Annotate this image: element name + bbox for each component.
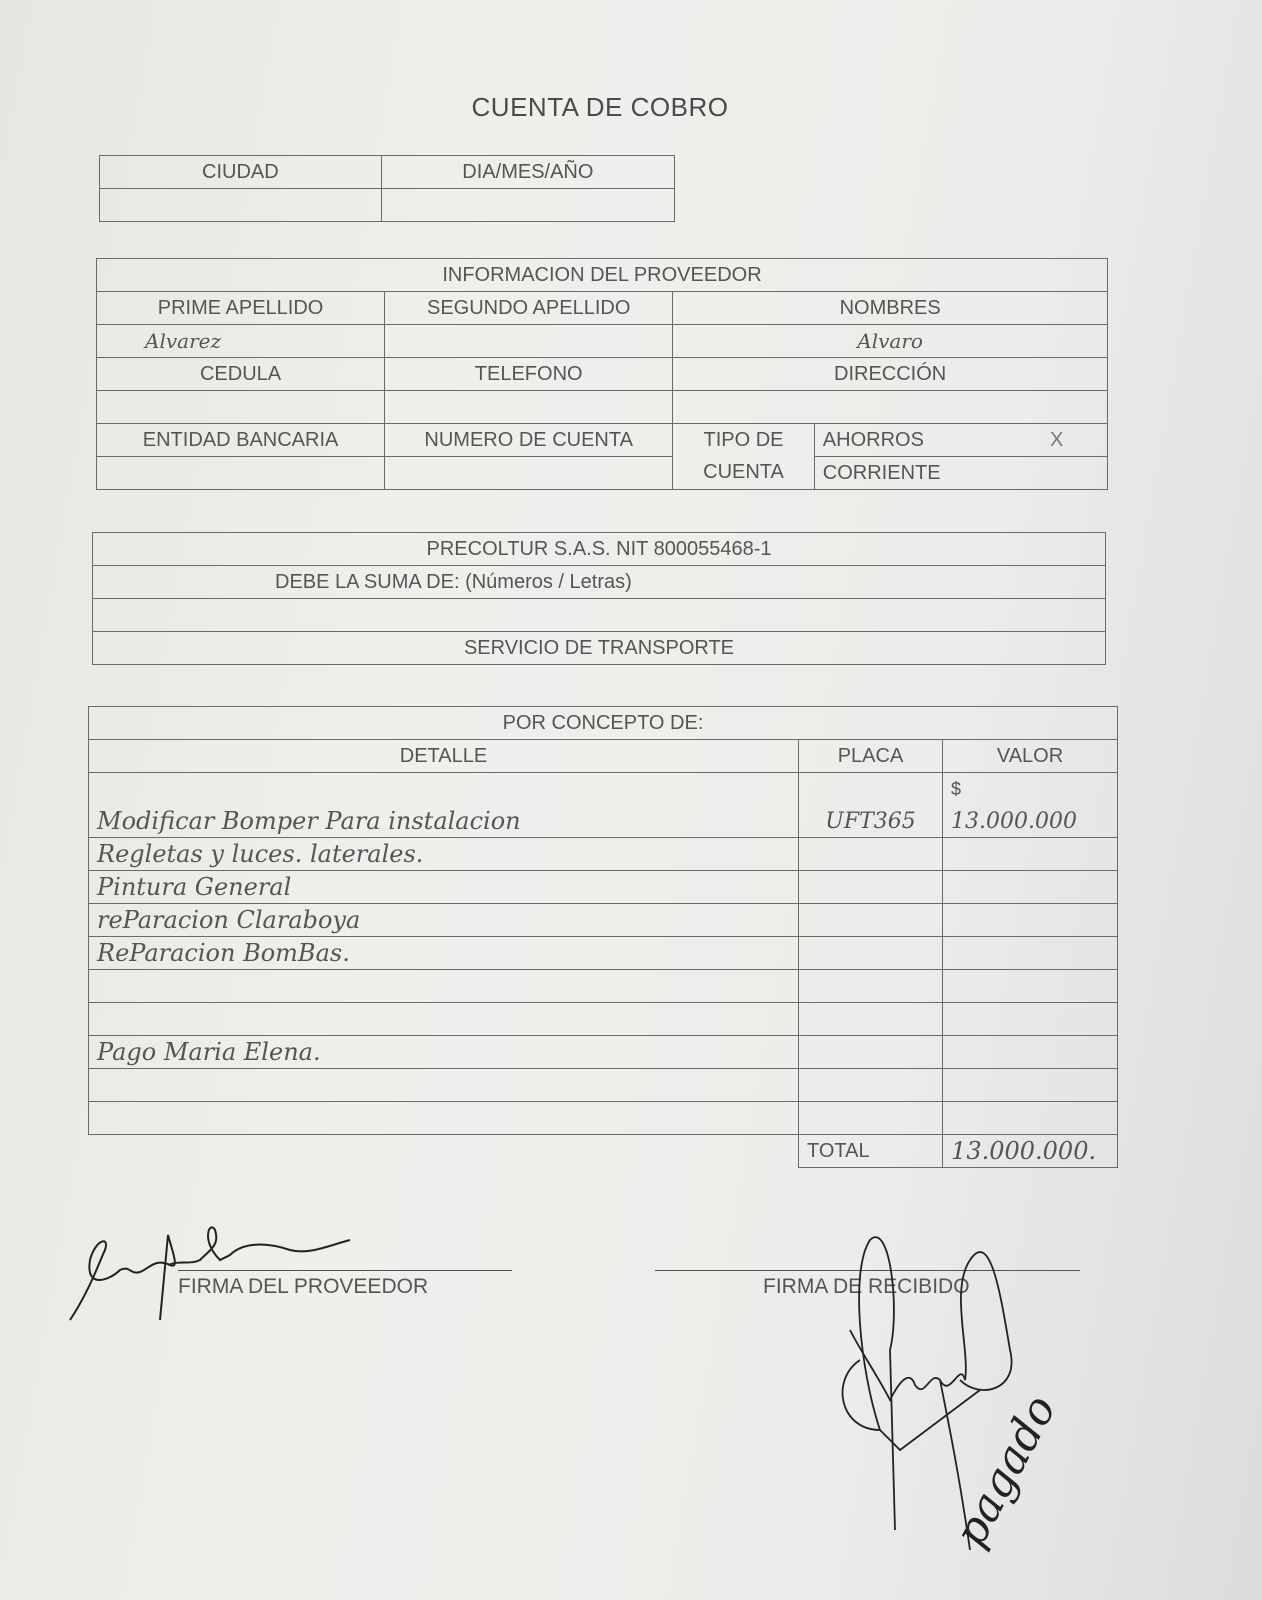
date-field[interactable]: [381, 189, 674, 222]
document-title: CUENTA DE COBRO: [0, 92, 1200, 123]
checking-checkbox[interactable]: [1006, 457, 1107, 490]
table-row: Pintura General: [89, 871, 1118, 904]
provider-section-title: INFORMACION DEL PROVEEDOR: [97, 259, 1108, 292]
plate-cell[interactable]: [799, 937, 943, 970]
date-label: DIA/MES/AÑO: [381, 156, 674, 189]
company-info: PRECOLTUR S.A.S. NIT 800055468-1: [93, 533, 1106, 566]
checking-label: CORRIENTE: [814, 457, 1006, 490]
table-row: [89, 970, 1118, 1003]
detail-cell[interactable]: Modificar Bomper Para instalacion: [89, 805, 799, 838]
value-cell[interactable]: [943, 970, 1118, 1003]
table-row: Modificar Bomper Para instalacionUFT3651…: [89, 805, 1118, 838]
table-row: Pago Maria Elena.: [89, 1036, 1118, 1069]
paid-note: pagado: [945, 1387, 1067, 1555]
city-field[interactable]: [100, 189, 382, 222]
plate-cell[interactable]: UFT365: [799, 805, 943, 838]
detail-cell[interactable]: [89, 1003, 799, 1036]
id-field[interactable]: [97, 391, 385, 424]
detail-cell[interactable]: Regletas y luces. laterales.: [89, 838, 799, 871]
service-label: SERVICIO DE TRANSPORTE: [93, 632, 1106, 665]
value-cell[interactable]: 13.000.000: [943, 805, 1118, 838]
second-surname-label: SEGUNDO APELLIDO: [385, 292, 673, 325]
received-signature: pagado: [800, 1230, 1160, 1590]
phone-label: TELEFONO: [385, 358, 673, 391]
plate-cell[interactable]: [799, 904, 943, 937]
bank-field[interactable]: [97, 457, 385, 490]
table-row: Regletas y luces. laterales.: [89, 838, 1118, 871]
debtor-table: PRECOLTUR S.A.S. NIT 800055468-1 DEBE LA…: [92, 532, 1106, 665]
value-cell[interactable]: [943, 871, 1118, 904]
address-label: DIRECCIÓN: [673, 358, 1108, 391]
names-label: NOMBRES: [673, 292, 1108, 325]
account-type-label-top: TIPO DE: [673, 424, 815, 457]
detail-cell[interactable]: [89, 1069, 799, 1102]
city-label: CIUDAD: [100, 156, 382, 189]
value-cell[interactable]: [943, 1003, 1118, 1036]
account-number-label: NUMERO DE CUENTA: [385, 424, 673, 457]
savings-checkbox[interactable]: X: [1006, 424, 1107, 457]
first-surname-label: PRIME APELLIDO: [97, 292, 385, 325]
plate-cell[interactable]: [799, 838, 943, 871]
table-row: [89, 1102, 1118, 1135]
plate-cell[interactable]: [799, 1069, 943, 1102]
value-cell[interactable]: [943, 937, 1118, 970]
plate-cell[interactable]: [799, 1102, 943, 1135]
detail-cell[interactable]: reParacion Claraboya: [89, 904, 799, 937]
plate-cell[interactable]: [799, 970, 943, 1003]
names-field[interactable]: Alvaro: [673, 325, 1108, 358]
plate-cell[interactable]: [799, 871, 943, 904]
first-surname-field[interactable]: Alvarez: [97, 325, 385, 358]
owes-label: DEBE LA SUMA DE: (Números / Letras): [93, 566, 1106, 599]
address-field[interactable]: [673, 391, 1108, 424]
bank-label: ENTIDAD BANCARIA: [97, 424, 385, 457]
value-cell[interactable]: [943, 904, 1118, 937]
provider-info-table: INFORMACION DEL PROVEEDOR PRIME APELLIDO…: [96, 258, 1108, 490]
savings-label: AHORROS: [814, 424, 1006, 457]
value-cell[interactable]: [943, 838, 1118, 871]
column-header-plate: PLACA: [799, 740, 943, 773]
value-cell[interactable]: [943, 1069, 1118, 1102]
table-row: [89, 1069, 1118, 1102]
table-row: reParacion Claraboya: [89, 904, 1118, 937]
value-cell[interactable]: [943, 1036, 1118, 1069]
concept-table: POR CONCEPTO DE: DETALLE PLACA VALOR $Mo…: [88, 706, 1118, 1168]
plate-cell[interactable]: [799, 1003, 943, 1036]
provider-signature: [60, 1210, 360, 1330]
total-label: TOTAL: [799, 1135, 943, 1168]
table-row: [89, 1003, 1118, 1036]
column-header-detail: DETALLE: [89, 740, 799, 773]
city-date-table: CIUDAD DIA/MES/AÑO: [99, 155, 675, 222]
detail-cell[interactable]: Pintura General: [89, 871, 799, 904]
account-number-field[interactable]: [385, 457, 673, 490]
id-label: CEDULA: [97, 358, 385, 391]
table-row: ReParacion BomBas.: [89, 937, 1118, 970]
phone-field[interactable]: [385, 391, 673, 424]
currency-row: $: [89, 773, 1118, 806]
value-cell[interactable]: [943, 1102, 1118, 1135]
column-header-value: VALOR: [943, 740, 1118, 773]
detail-cell[interactable]: [89, 1102, 799, 1135]
plate-cell[interactable]: [799, 1036, 943, 1069]
detail-cell[interactable]: [89, 970, 799, 1003]
owes-amount-field[interactable]: [93, 599, 1106, 632]
account-type-label-bottom: CUENTA: [673, 457, 815, 490]
concept-section-title: POR CONCEPTO DE:: [89, 707, 1118, 740]
total-value: 13.000.000.: [943, 1135, 1118, 1168]
currency-symbol: $: [943, 773, 1118, 806]
detail-cell[interactable]: Pago Maria Elena.: [89, 1036, 799, 1069]
detail-cell[interactable]: ReParacion BomBas.: [89, 937, 799, 970]
second-surname-field[interactable]: [385, 325, 673, 358]
